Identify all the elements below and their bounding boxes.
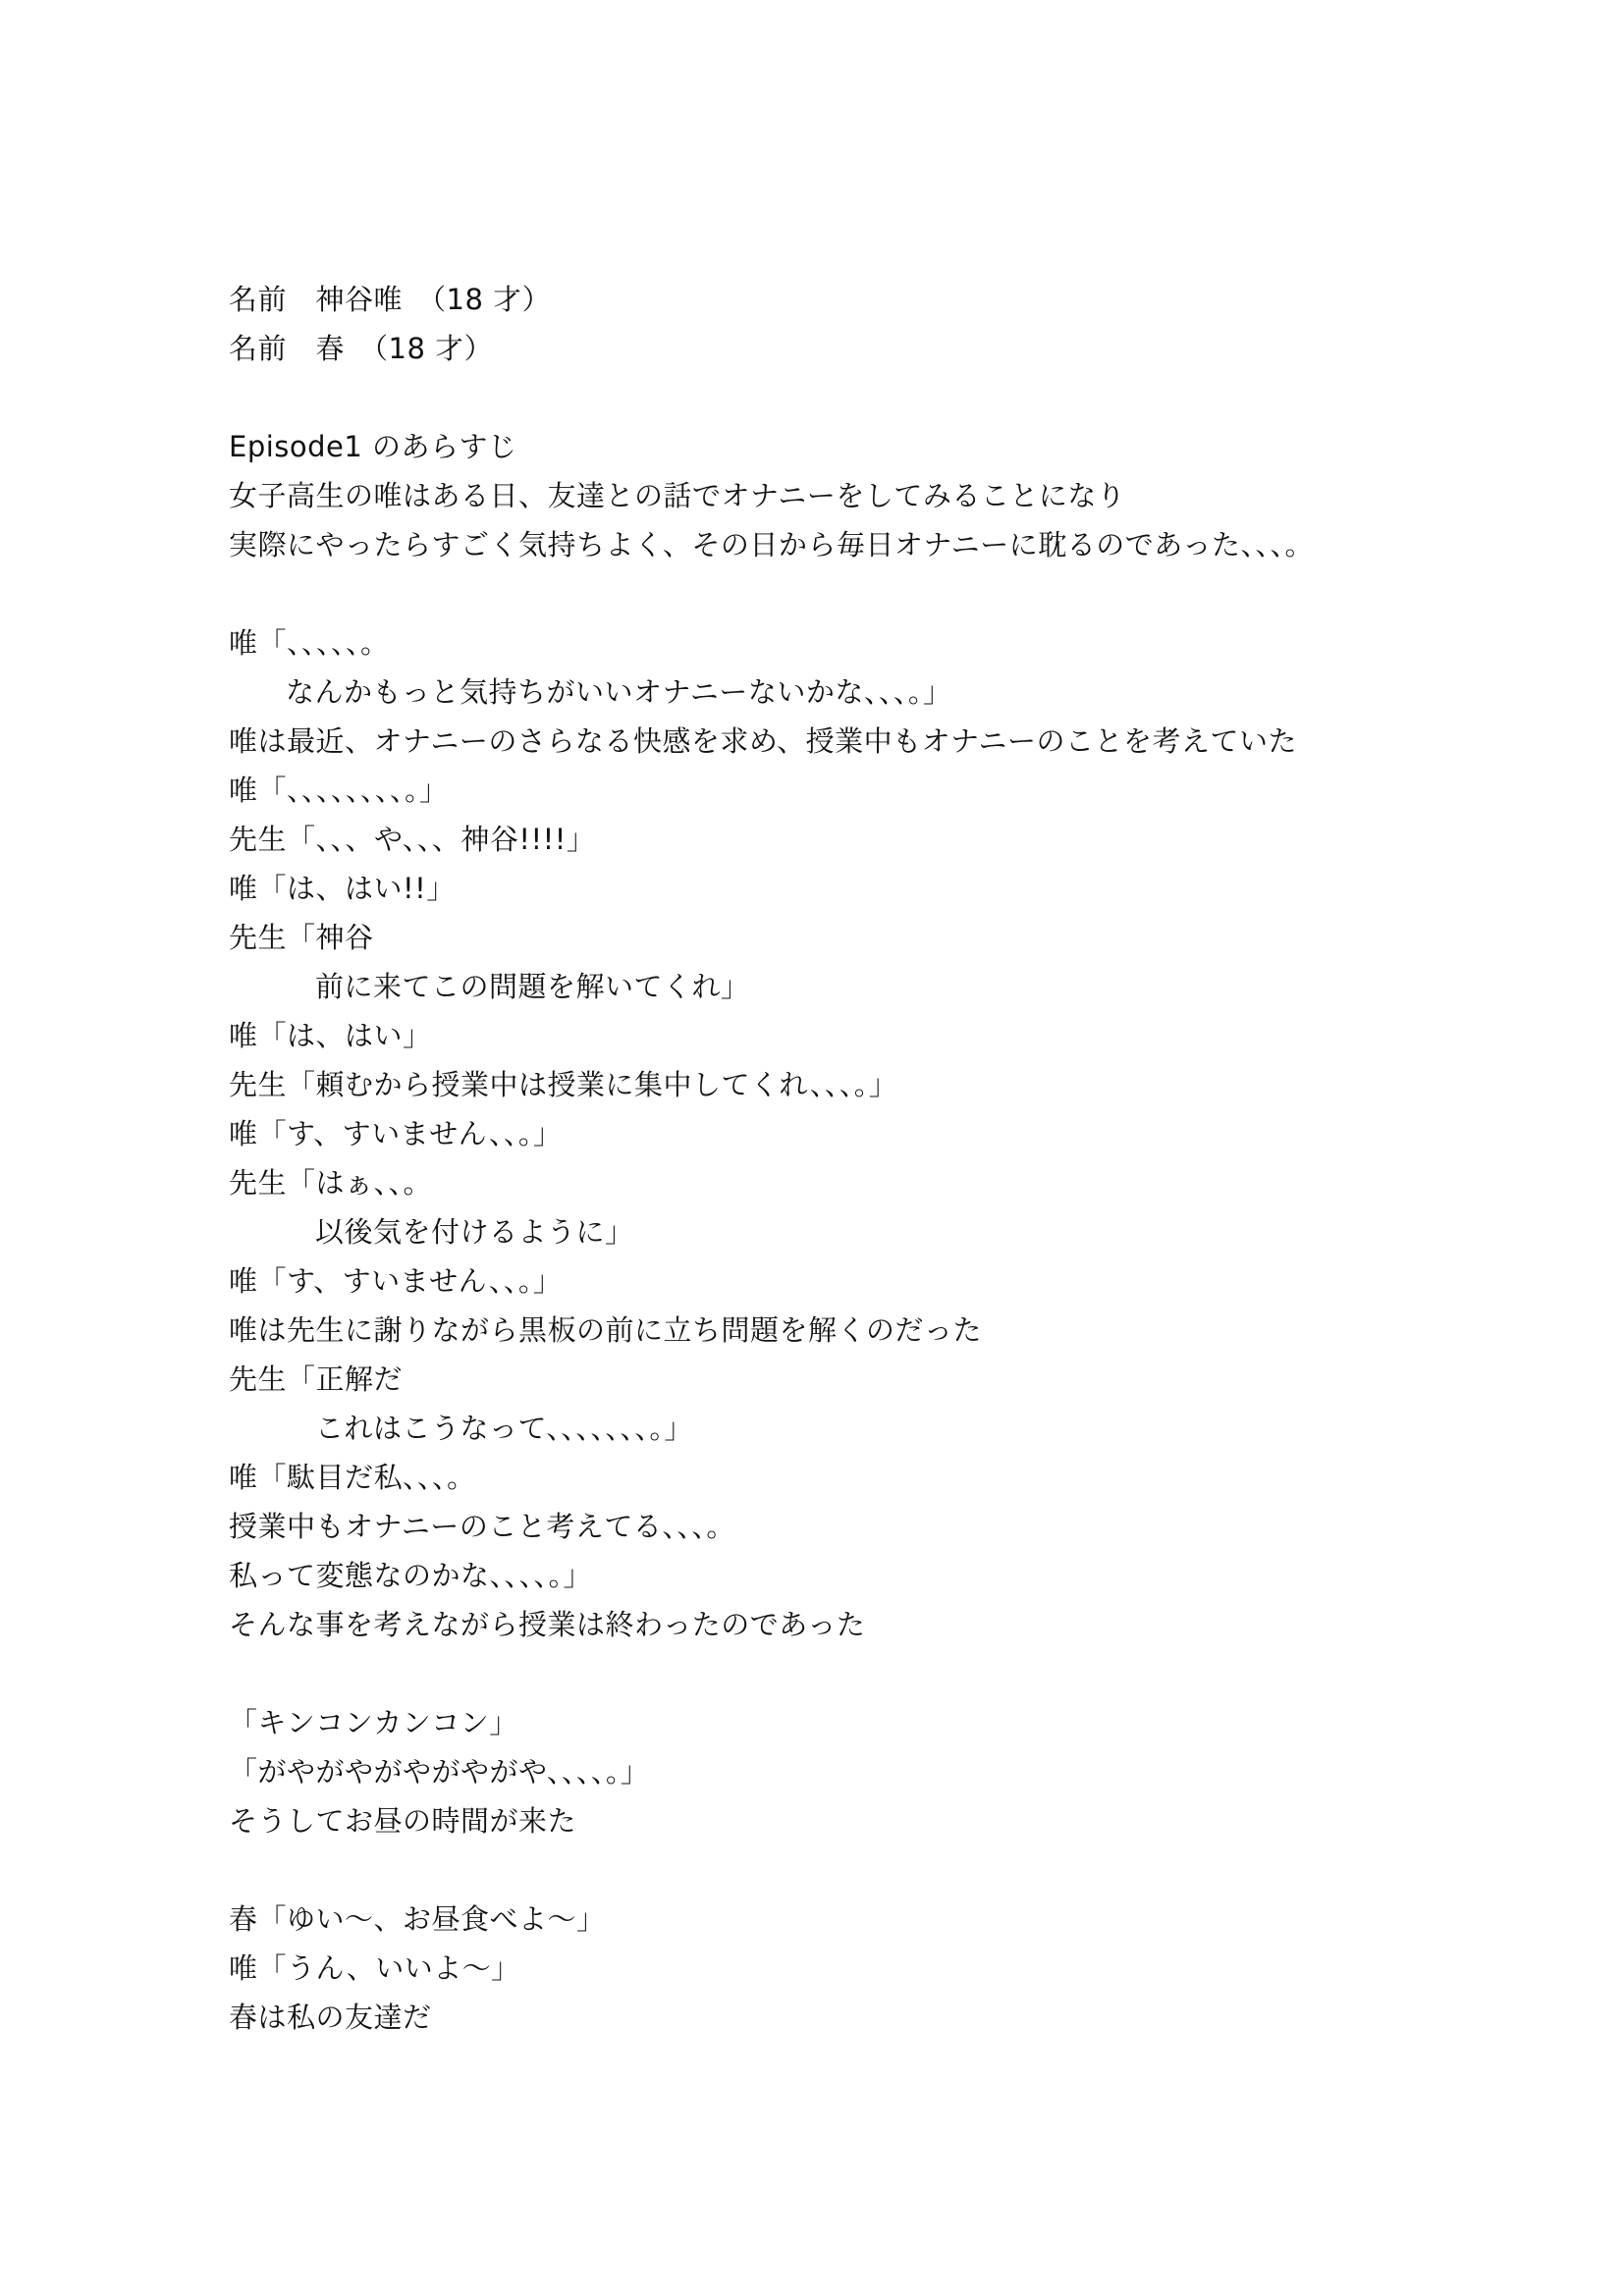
text-line: 以後気を付けるように」: [229, 1207, 1545, 1256]
text-line: 唯は最近、オナニーのさらなる快感を求め、授業中もオナニーのことを考えていた: [229, 717, 1545, 766]
blank-line: [229, 1649, 1545, 1698]
document-text-block: 名前 神谷唯 （18 才） 名前 春 （18 才） Episode1 のあらすじ…: [229, 275, 1545, 2042]
text-line: 女子高生の唯はある日、友達との話でオナニーをしてみることになり: [229, 471, 1545, 520]
text-line: そうしてお昼の時間が来た: [229, 1796, 1545, 1845]
text-line: 先生「神谷: [229, 913, 1545, 962]
text-line: 唯は先生に謝りながら黒板の前に立ち問題を解くのだった: [229, 1306, 1545, 1355]
text-line: 唯「す、すいません、、。」: [229, 1109, 1545, 1158]
text-line: 「がやがやがやがやがや、、、、。」: [229, 1747, 1545, 1796]
text-line: 私って変態なのかな、、、、。」: [229, 1551, 1545, 1600]
text-line: 先生「、、、や、、、神谷!!!!」: [229, 815, 1545, 864]
blank-line: [229, 1845, 1545, 1895]
text-line: 名前 春 （18 才）: [229, 324, 1545, 373]
blank-line: [229, 373, 1545, 422]
text-line: 唯「は、はい!!」: [229, 864, 1545, 913]
text-line: 唯「す、すいません、、。」: [229, 1256, 1545, 1306]
section-heading: Episode1 のあらすじ: [229, 422, 1545, 471]
text-line: 先生「はぁ、、。: [229, 1158, 1545, 1207]
text-line: 唯「、、、、、。: [229, 618, 1545, 667]
text-line: 授業中もオナニーのこと考えてる、、、。: [229, 1502, 1545, 1551]
text-line: 「キンコンカンコン」: [229, 1698, 1545, 1747]
text-line: 先生「正解だ: [229, 1355, 1545, 1404]
text-line: 名前 神谷唯 （18 才）: [229, 275, 1545, 324]
text-line: 唯「うん、いいよ〜」: [229, 1944, 1545, 1993]
text-line: 唯「駄目だ私、、、。: [229, 1453, 1545, 1502]
text-line: 実際にやったらすごく気持ちよく、その日から毎日オナニーに耽るのであった、、、。: [229, 520, 1545, 569]
text-line: これはこうなって、、、、、、、。」: [229, 1404, 1545, 1453]
text-line: 春「ゆい〜、お昼食べよ〜」: [229, 1895, 1545, 1944]
text-line: 唯「は、はい」: [229, 1011, 1545, 1060]
text-line: 前に来てこの問題を解いてくれ」: [229, 962, 1545, 1011]
text-line: 先生「頼むから授業中は授業に集中してくれ、、、。」: [229, 1060, 1545, 1109]
blank-line: [229, 569, 1545, 618]
document-page: 名前 神谷唯 （18 才） 名前 春 （18 才） Episode1 のあらすじ…: [0, 0, 1624, 2296]
text-line: 春は私の友達だ: [229, 1993, 1545, 2042]
text-line: 唯「、、、、、、、、。」: [229, 766, 1545, 815]
text-line: そんな事を考えながら授業は終わったのであった: [229, 1600, 1545, 1649]
text-line: なんかもっと気持ちがいいオナニーないかな、、、。」: [229, 667, 1545, 717]
